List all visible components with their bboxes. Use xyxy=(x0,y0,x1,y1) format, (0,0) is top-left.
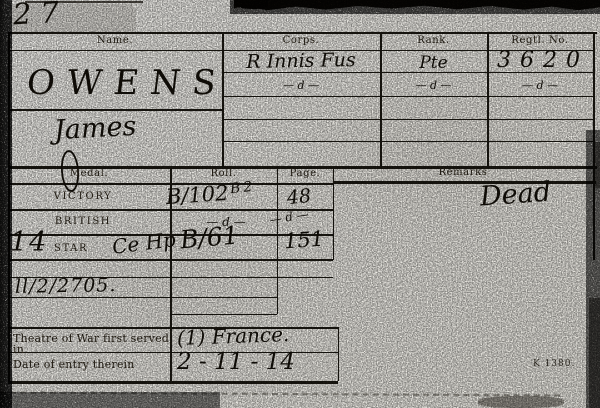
grid-line xyxy=(8,32,10,381)
victory-medal-label: VICTORY xyxy=(8,192,158,202)
forename-handwriting: James xyxy=(53,113,137,144)
regtl-no-value: 3620 xyxy=(497,50,589,72)
scan-artifact-band xyxy=(234,0,600,12)
date-of-entry-value: 2 - 11 - 14 xyxy=(177,351,295,374)
grid-line xyxy=(593,32,595,260)
scan-left-edge xyxy=(0,0,8,408)
star-prefix-handwriting: 14 xyxy=(10,229,48,256)
grid-line xyxy=(333,181,596,184)
star-page-value: 151 xyxy=(283,229,324,253)
grid-line xyxy=(222,96,594,97)
theatre-of-war-label: Theatre of War first served in xyxy=(13,333,173,355)
grid-line xyxy=(222,119,594,120)
grid-line xyxy=(333,166,334,260)
remarks-value-handwriting: Dead xyxy=(479,179,552,211)
reference-handwriting: ll/2/2705. xyxy=(15,276,117,297)
name-column-header: Name. xyxy=(8,36,222,46)
surname-handwriting: OWENS xyxy=(25,66,230,100)
page-column-header: Page. xyxy=(277,169,333,179)
british-medal-label: BRITISH xyxy=(8,217,158,227)
rank-ditto: — d — xyxy=(380,80,487,91)
remarks-column-header: Remarks xyxy=(333,168,593,178)
scan-bottom-blob xyxy=(478,396,564,408)
scan-artifact-blob xyxy=(234,0,268,9)
ref-number-handwriting: 27 xyxy=(12,0,68,29)
grid-line xyxy=(487,32,489,166)
rank-column-header: Rank. xyxy=(380,36,487,46)
theatre-of-war-value: (1) France. xyxy=(177,324,290,348)
regtl-no-column-header: Regtl. No. xyxy=(487,36,593,46)
corps-value: R Innis Fus xyxy=(224,51,378,73)
victory-roll-value: B/102 xyxy=(165,183,229,208)
medal-index-card: 27 Name. Corps. Rank. Regtl. No. OWENS J… xyxy=(0,0,600,408)
victory-roll-note: B2 xyxy=(229,180,256,197)
victory-page-value: 48 xyxy=(286,187,312,208)
regtl-no-ditto: — d — xyxy=(487,80,593,91)
star-medal-label: STAR xyxy=(54,244,100,254)
grid-line xyxy=(8,381,338,384)
corps-column-header: Corps. xyxy=(222,36,380,46)
scan-right-mark xyxy=(589,298,600,408)
card-bottom-edge xyxy=(0,392,560,397)
rank-value: Pte xyxy=(380,55,487,72)
grid-line xyxy=(222,141,594,142)
roll-column-header: Roll. xyxy=(170,169,277,179)
grid-line xyxy=(8,109,222,111)
medal-column-header: Medal. xyxy=(8,169,170,179)
form-code: K 1380. xyxy=(533,360,593,369)
corps-ditto: — d — xyxy=(222,80,380,91)
star-roll-value: B/61 xyxy=(179,222,240,252)
grid-line xyxy=(338,327,339,381)
grid-line xyxy=(380,32,382,166)
star-annotation-handwriting: Ce Hp xyxy=(111,229,177,257)
grid-line xyxy=(277,166,278,314)
grid-line xyxy=(170,314,277,315)
date-of-entry-label: Date of entry therein xyxy=(13,359,173,370)
